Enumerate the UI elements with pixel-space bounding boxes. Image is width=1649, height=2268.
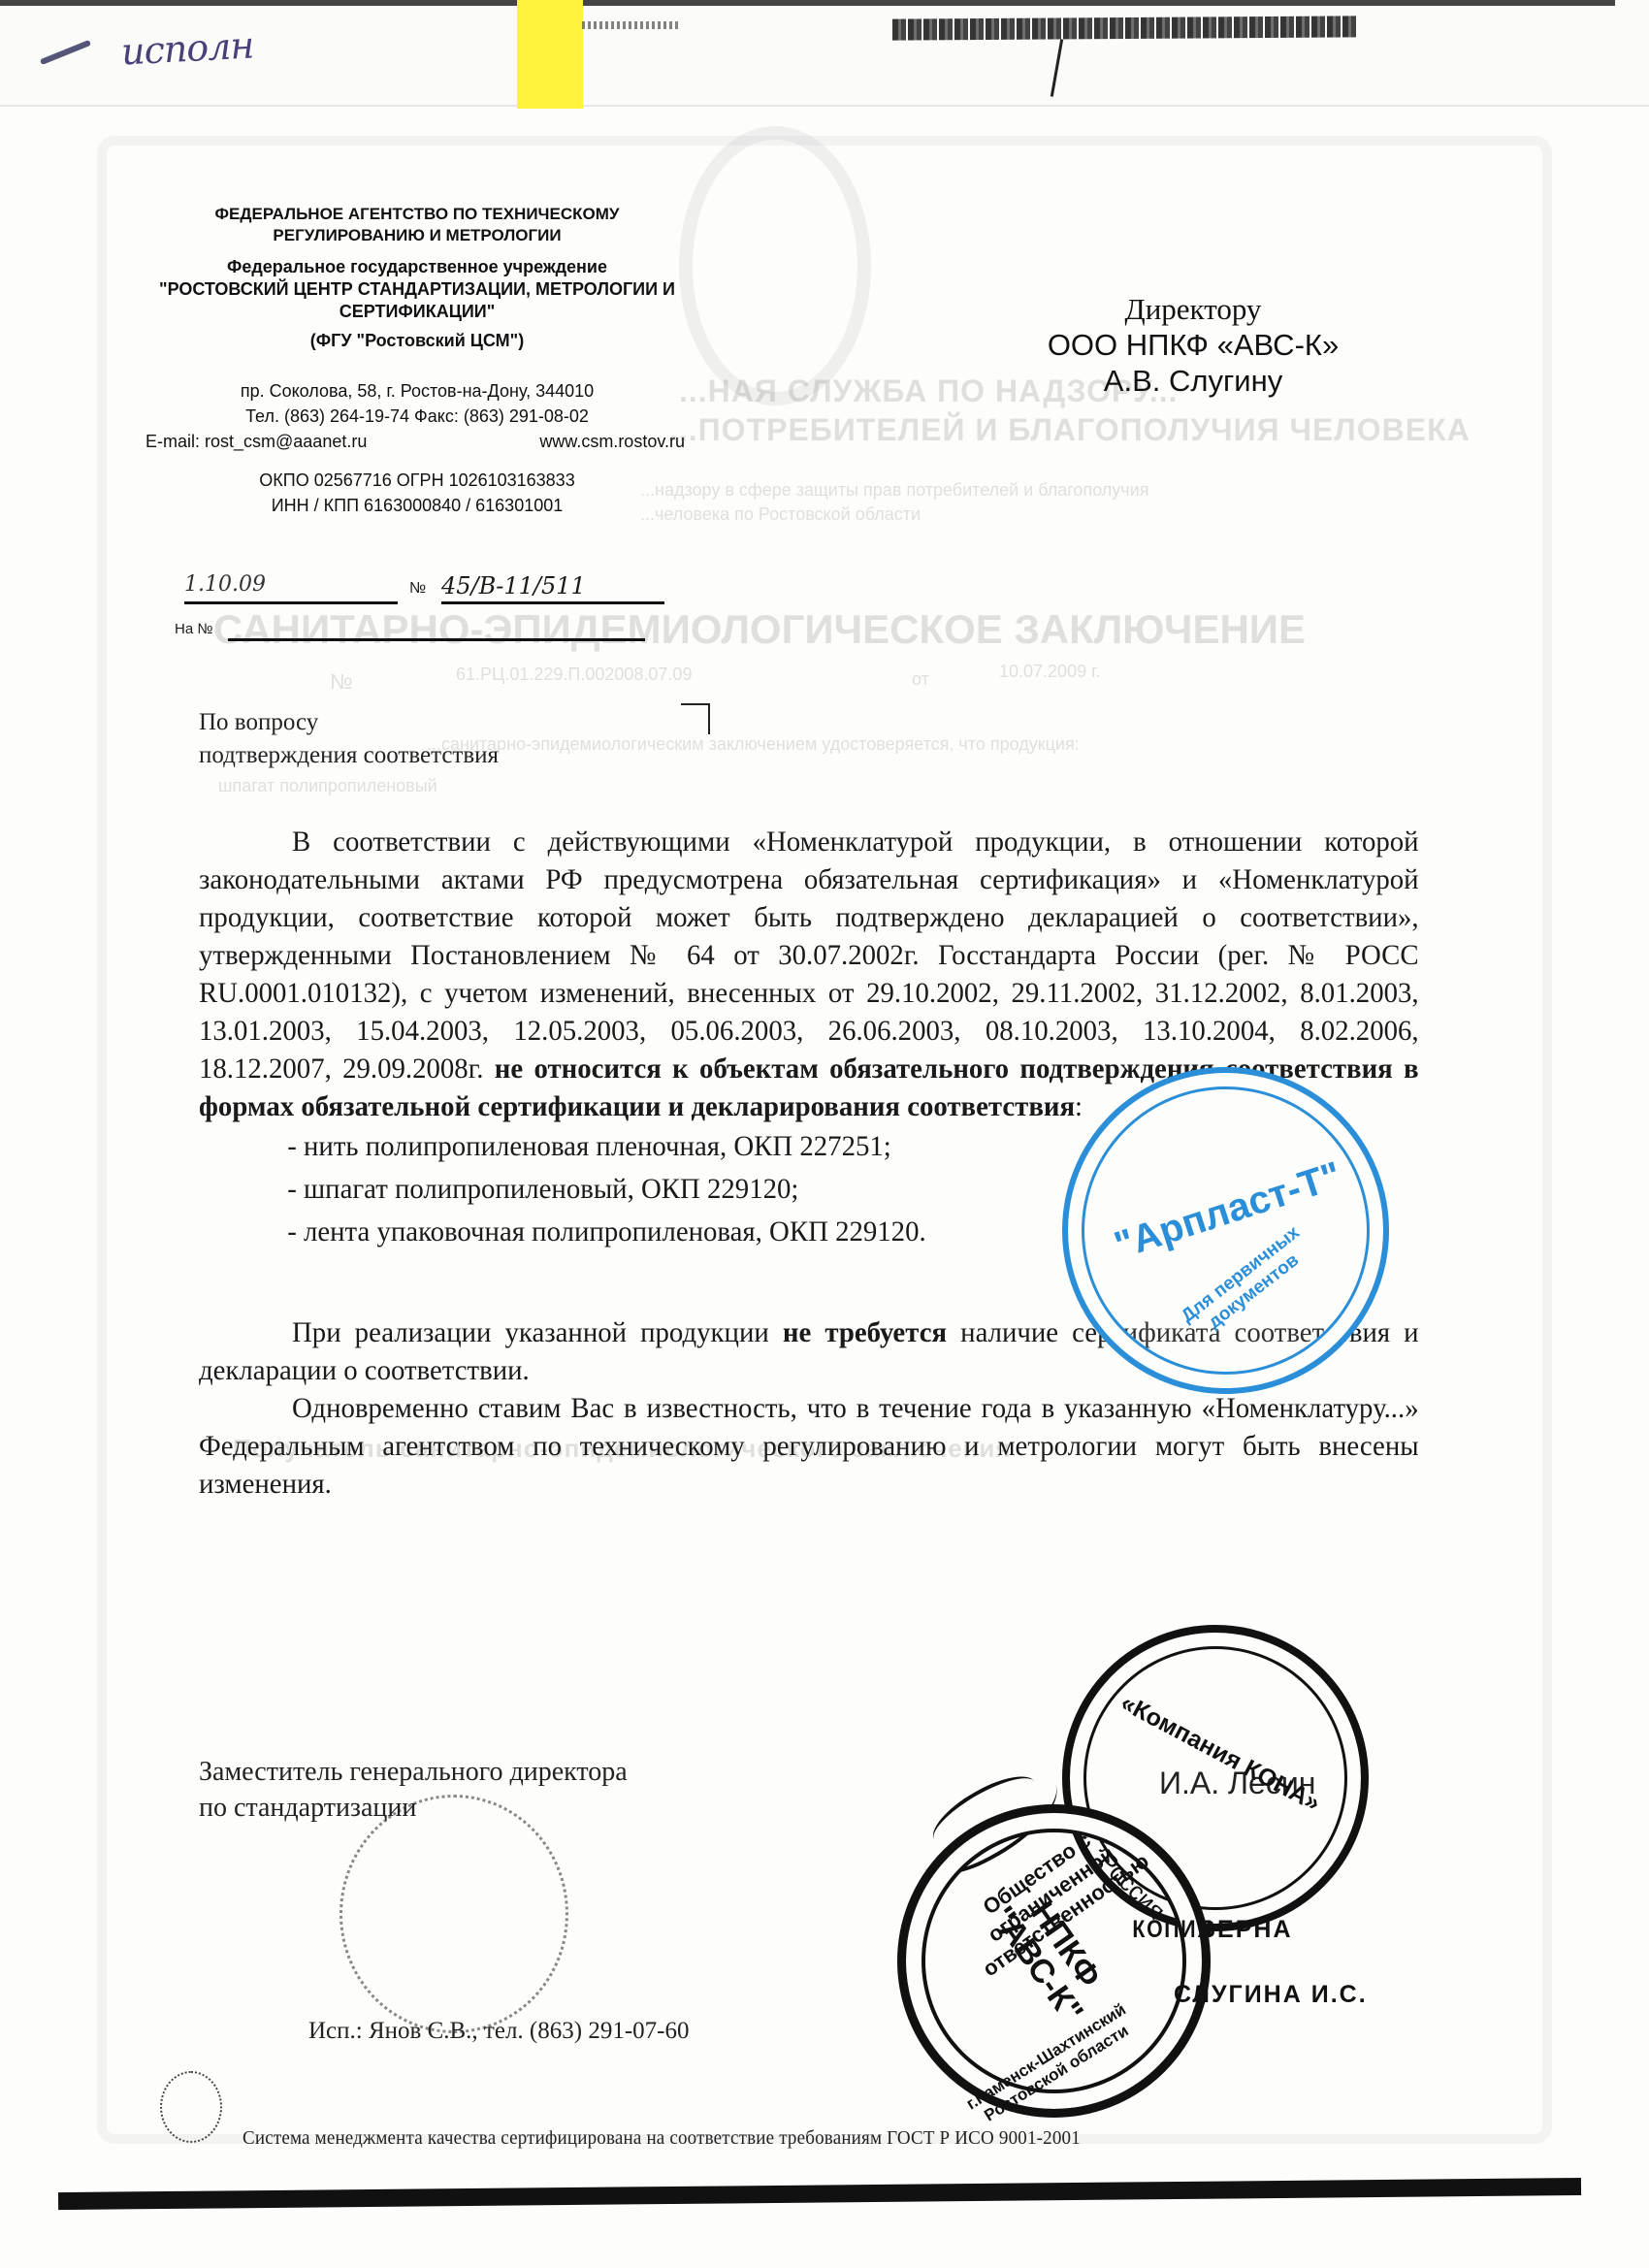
recipient-name: А.В. Слугину [999, 363, 1387, 399]
subject: По вопросу подтверждения соответствия [199, 706, 499, 772]
inn-kpp: ИНН / КПП 6163000840 / 616301001 [145, 493, 689, 518]
recipient-position: Директору [999, 291, 1387, 327]
email: E-mail: rost_csm@aaanet.ru [145, 429, 367, 454]
ref-number-label: № [409, 580, 426, 598]
website: www.csm.rostov.ru [539, 429, 685, 454]
recipient-company: ООО НПКФ «АВС-К» [999, 327, 1387, 363]
incoming-blank-line [228, 638, 645, 641]
address: пр. Соколова, 58, г. Ростов-на-Дону, 344… [145, 378, 689, 404]
registration-ids: ОКПО 02567716 ОГРН 1026103163833 ИНН / К… [145, 468, 689, 518]
corner-bracket [681, 703, 710, 734]
incoming-label: На № [175, 621, 212, 637]
pen-dash [40, 39, 91, 64]
incoming-reference: На № [175, 621, 669, 646]
yellow-sticky-tab [517, 0, 583, 109]
bg-service-heading: ...ПОТРЕБИТЕЛЕЙ И БЛАГОПОЛУЧИЯ ЧЕЛОВЕКА [669, 412, 1471, 448]
executor-line: Исп.: Янов С.В., тел. (863) 291-07-60 [308, 2018, 689, 2045]
bg-product: шпагат полипропиленовый [218, 776, 437, 796]
faint-stamp-impression [339, 1795, 568, 2033]
background-emblem [679, 126, 871, 405]
bg-authority: ...надзору в сфере защиты прав потребите… [640, 480, 1149, 501]
quality-logo-icon [160, 2071, 222, 2143]
okpo-ogrn: ОКПО 02567716 ОГРН 1026103163833 [145, 468, 689, 493]
scan-artifact [892, 16, 1358, 40]
bg-number: 61.РЦ.01.229.П.002008.07.09 [456, 664, 692, 685]
bg-number-label: № [330, 669, 353, 695]
signatory-position: Заместитель генерального директора по ст… [199, 1754, 628, 1826]
bg-statement: ...санитарно-эпидемиологическим заключен… [427, 734, 1080, 755]
stamp-arplast: "Арпласт-Т" Для первичных документов [1062, 1067, 1389, 1394]
institution-short-name: (ФГУ "Ростовский ЦСМ") [145, 331, 689, 351]
paragraph-3: Одновременно ставим Вас в известность, ч… [199, 1389, 1419, 1503]
stamp-abc-k: Общество с ограниченной ответственностью… [897, 1804, 1211, 2118]
ref-number: 45/В-11/511 [441, 572, 664, 604]
agency-name: ФЕДЕРАЛЬНОЕ АГЕНТСТВО ПО ТЕХНИЧЕСКОМУ РЕ… [145, 204, 689, 246]
bg-date-label: от [912, 669, 929, 690]
institution-name: Федеральное государственное учреждение "… [145, 256, 689, 323]
ref-date: 1.10.09 [184, 572, 398, 604]
scan-artifact [582, 21, 679, 29]
letterhead: ФЕДЕРАЛЬНОЕ АГЕНТСТВО ПО ТЕХНИЧЕСКОМУ РЕ… [145, 204, 689, 518]
scan-edge-line [0, 0, 1615, 6]
outgoing-reference: 1.10.09 № 45/В-11/511 [184, 572, 669, 611]
bg-date: 10.07.2009 г. [999, 662, 1100, 682]
scan-bottom-bar [58, 2178, 1581, 2210]
scanned-letter-page: исполн ...НАЯ СЛУЖБА ПО НАДЗОРУ... ...ПО… [0, 0, 1649, 2268]
contacts: пр. Соколова, 58, г. Ростов-на-Дону, 344… [145, 378, 689, 454]
phone-fax: Тел. (863) 264-19-74 Факс: (863) 291-08-… [145, 404, 689, 429]
handwritten-note: исполн [39, 27, 359, 85]
recipient-block: Директору ООО НПКФ «АВС-К» А.В. Слугину [999, 291, 1387, 399]
